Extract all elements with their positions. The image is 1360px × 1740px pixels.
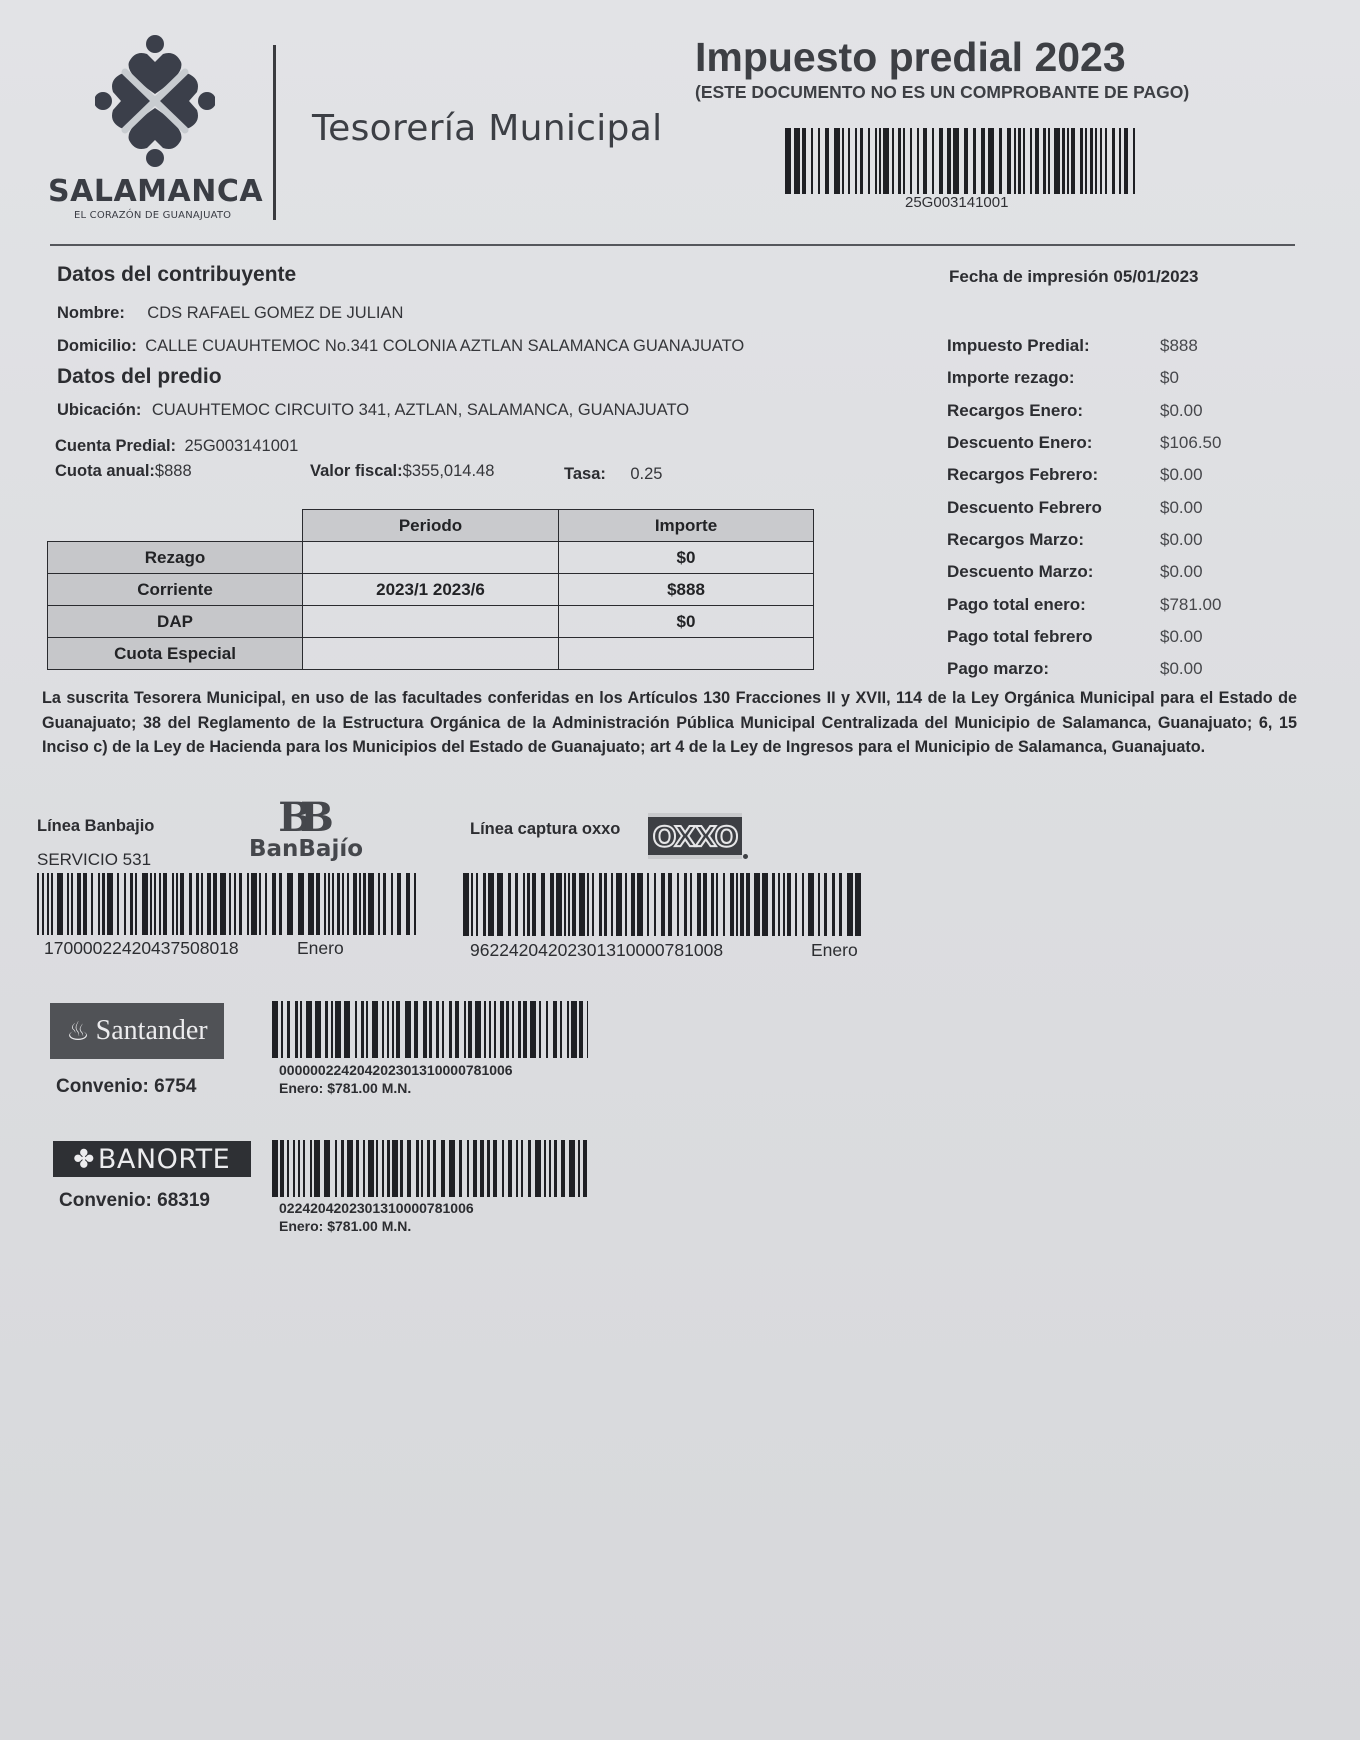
banbajio-logo-text: BanBajío [246, 836, 366, 862]
summary-row: Pago total febrero$0.00 [947, 621, 1267, 653]
summary-value: $106.50 [1160, 433, 1221, 453]
row-periodo: 2023/1 2023/6 [303, 574, 559, 606]
ubicacion-label: Ubicación: [57, 401, 141, 419]
banorte-logo: ✤ BANORTE [53, 1141, 251, 1177]
row-concepto: Cuota Especial [48, 638, 303, 670]
row-importe: $0 [559, 606, 814, 638]
summary-label: Descuento Febrero [947, 498, 1160, 518]
santander-amount: Enero: $781.00 M.N. [279, 1080, 411, 1097]
summary-row: Descuento Marzo:$0.00 [947, 556, 1267, 588]
tasa-value: 0.25 [630, 465, 662, 483]
banbajio-barcode [37, 873, 418, 935]
nombre-row: Nombre: CDS RAFAEL GOMEZ DE JULIAN [57, 304, 403, 323]
valor-value: $355,014.48 [403, 462, 495, 480]
santander-logo: ♨ Santander [50, 1003, 224, 1059]
summary-value: $0.00 [1160, 401, 1203, 421]
summary-label: Descuento Marzo: [947, 562, 1160, 582]
banbajio-service: SERVICIO 531 [37, 850, 151, 870]
banorte-amount: Enero: $781.00 M.N. [279, 1218, 411, 1235]
banbajio-mark-icon: BB [246, 800, 366, 836]
periods-table: Periodo Importe Rezago $0 Corriente 2023… [47, 509, 814, 670]
header-rule [50, 244, 1295, 246]
column-header-periodo: Periodo [303, 510, 559, 542]
summary-row: Pago total enero:$781.00 [947, 588, 1267, 620]
domicilio-row: Domicilio: CALLE CUAUHTEMOC No.341 COLON… [57, 337, 744, 356]
cuenta-value: 25G003141001 [184, 437, 298, 455]
header-divider [273, 45, 276, 220]
summary-value: $0 [1160, 368, 1179, 388]
cuenta-label: Cuenta Predial: [55, 437, 176, 455]
table-row: Cuota Especial [48, 638, 814, 670]
row-concepto: Rezago [48, 542, 303, 574]
summary-row: Recargos Febrero:$0.00 [947, 459, 1267, 491]
row-periodo [303, 638, 559, 670]
summary-row: Impuesto Predial:$888 [947, 330, 1267, 362]
summary-row: Recargos Marzo:$0.00 [947, 524, 1267, 556]
summary-value: $0.00 [1160, 659, 1203, 679]
banbajio-logo: BB BanBajío [246, 800, 366, 870]
row-importe [559, 638, 814, 670]
payment-summary: Impuesto Predial:$888Importe rezago:$0Re… [947, 330, 1267, 685]
banorte-convenio: Convenio: 68319 [59, 1190, 210, 1212]
summary-label: Importe rezago: [947, 368, 1160, 388]
summary-value: $781.00 [1160, 595, 1221, 615]
domicilio-value: CALLE CUAUHTEMOC No.341 COLONIA AZTLAN S… [145, 337, 744, 355]
summary-value: $888 [1160, 336, 1198, 356]
summary-value: $0.00 [1160, 562, 1203, 582]
legal-text: La suscrita Tesorera Municipal, en uso d… [42, 686, 1297, 760]
cuota-value: $888 [155, 462, 192, 480]
summary-label: Descuento Enero: [947, 433, 1160, 453]
oxxo-barcode [463, 873, 865, 936]
table-row: DAP $0 [48, 606, 814, 638]
summary-row: Pago marzo:$0.00 [947, 653, 1267, 685]
row-importe: $888 [559, 574, 814, 606]
predio-heading: Datos del predio [57, 365, 222, 389]
logo-name: SALAMANCA [48, 174, 263, 209]
oxxo-logo: OXXO [648, 813, 742, 859]
banbajio-label: Línea Banbajio [37, 817, 154, 836]
column-header-importe: Importe [559, 510, 814, 542]
department-name: Tesorería Municipal [312, 108, 662, 149]
account-barcode [785, 128, 1135, 194]
santander-flame-icon: ♨ [66, 1016, 89, 1047]
logo-tagline: EL CORAZÓN DE GUANAJUATO [74, 210, 231, 221]
santander-logo-text: Santander [96, 1015, 208, 1047]
cuota-row: Cuota anual:$888 [55, 462, 192, 481]
nombre-label: Nombre: [57, 304, 125, 322]
summary-row: Recargos Enero:$0.00 [947, 395, 1267, 427]
summary-value: $0.00 [1160, 498, 1203, 518]
santander-barcode [272, 1001, 588, 1058]
banbajio-number: 17000022420437508018 [44, 938, 239, 959]
domicilio-label: Domicilio: [57, 337, 137, 355]
oxxo-label: Línea captura oxxo [470, 820, 620, 839]
ubicacion-value: CUAUHTEMOC CIRCUITO 341, AZTLAN, SALAMAN… [152, 401, 689, 419]
santander-number: 000000224204202301310000781006 [279, 1062, 513, 1079]
table-row: Rezago $0 [48, 542, 814, 574]
oxxo-logo-dot [743, 854, 748, 859]
banorte-barcode [272, 1140, 588, 1197]
oxxo-month: Enero [811, 940, 858, 961]
table-row: Corriente 2023/1 2023/6 $888 [48, 574, 814, 606]
row-periodo [303, 606, 559, 638]
banorte-logo-text: BANORTE [98, 1144, 230, 1175]
row-periodo [303, 542, 559, 574]
summary-label: Pago total febrero [947, 627, 1160, 647]
nombre-value: CDS RAFAEL GOMEZ DE JULIAN [147, 304, 403, 322]
summary-row: Descuento Enero:$106.50 [947, 427, 1267, 459]
oxxo-number: 96224204202301310000781008 [470, 940, 723, 961]
summary-row: Importe rezago:$0 [947, 362, 1267, 394]
print-date: Fecha de impresión 05/01/2023 [949, 267, 1199, 287]
valor-row: Valor fiscal:$355,014.48 [310, 462, 494, 481]
print-date-value: 05/01/2023 [1113, 267, 1198, 286]
banbajio-month: Enero [297, 938, 344, 959]
contribuyente-heading: Datos del contribuyente [57, 263, 296, 287]
row-importe: $0 [559, 542, 814, 574]
summary-value: $0.00 [1160, 465, 1203, 485]
document-subtitle: (ESTE DOCUMENTO NO ES UN COMPROBANTE DE … [695, 82, 1189, 103]
summary-row: Descuento Febrero$0.00 [947, 491, 1267, 523]
summary-label: Recargos Febrero: [947, 465, 1160, 485]
summary-value: $0.00 [1160, 530, 1203, 550]
account-barcode-number: 25G003141001 [905, 194, 1008, 211]
cuota-label: Cuota anual: [55, 462, 155, 480]
banorte-number: 0224204202301310000781006 [279, 1200, 474, 1217]
oxxo-logo-text: OXXO [653, 820, 738, 853]
summary-label: Pago total enero: [947, 595, 1160, 615]
tasa-row: Tasa: 0.25 [564, 465, 662, 484]
valor-label: Valor fiscal: [310, 462, 403, 480]
summary-value: $0.00 [1160, 627, 1203, 647]
table-header-row: Periodo Importe [48, 510, 814, 542]
summary-label: Pago marzo: [947, 659, 1160, 679]
row-concepto: Corriente [48, 574, 303, 606]
summary-label: Recargos Enero: [947, 401, 1160, 421]
row-concepto: DAP [48, 606, 303, 638]
santander-convenio: Convenio: 6754 [56, 1076, 196, 1098]
summary-label: Recargos Marzo: [947, 530, 1160, 550]
banorte-mark-icon: ✤ [74, 1145, 94, 1174]
print-date-label: Fecha de impresión [949, 267, 1109, 286]
summary-label: Impuesto Predial: [947, 336, 1160, 356]
salamanca-emblem-icon [95, 32, 215, 170]
ubicacion-row: Ubicación: CUAUHTEMOC CIRCUITO 341, AZTL… [57, 401, 689, 420]
tasa-label: Tasa: [564, 465, 606, 483]
cuenta-row: Cuenta Predial: 25G003141001 [55, 437, 298, 456]
document-title: Impuesto predial 2023 [695, 34, 1126, 81]
